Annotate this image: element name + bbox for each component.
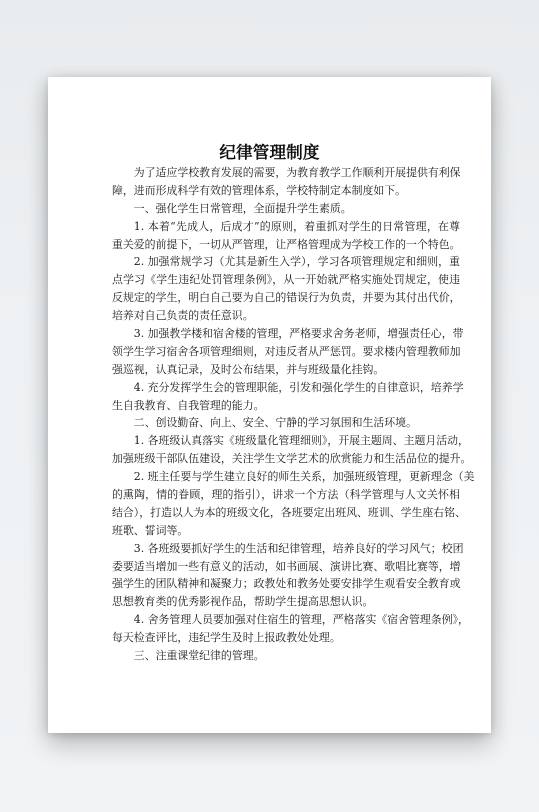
text-line: 重关爱的前提下，一切从严管理，让严格管理成为学校工作的一个特色。 (112, 236, 460, 254)
text-line: 的熏陶，情的眷顾，理的指引），讲求一个方法（科学管理与人文关怀相 (112, 486, 460, 504)
text-line: 加强班级干部队伍建设，关注学生文学艺术的欣赏能力和生活品位的提升。 (112, 450, 460, 468)
text-line: 4. 舍务管理人员要加强对住宿生的管理，严格落实《宿舍管理条例》， (112, 611, 460, 629)
text-line: 3. 加强教学楼和宿舍楼的管理，严格要求舍务老师，增强责任心，带 (112, 325, 460, 343)
text-line: 班歌、誓词等。 (112, 522, 460, 540)
text-line: 领学生学习宿舍各项管理细则，对违反者从严惩罚。要求楼内管理教师加 (112, 343, 460, 361)
text-line: 3. 各班级要抓好学生的生活和纪律管理，培养良好的学习风气；校团 (112, 540, 460, 558)
text-line: 2. 加强常规学习（尤其是新生入学），学习各项管理规定和细则，重 (112, 253, 460, 271)
text-line: 为了适应学校教育发展的需要，为教育教学工作顺利开展提供有利保 (112, 164, 460, 182)
section-heading: 一、强化学生日常管理，全面提升学生素质。 (112, 200, 460, 218)
text-line: 障，进而形成科学有效的管理体系，学校特制定本制度如下。 (112, 182, 460, 200)
text-line: 1. 本着“先成人，后成才”的原则，着重抓对学生的日常管理，在尊 (112, 218, 460, 236)
text-line: 思想教育类的优秀影视作品，帮助学生提高思想认识。 (112, 593, 460, 611)
text-line: 每天检查评比，违纪学生及时上报政教处处理。 (112, 629, 460, 647)
section-heading: 三、注重课堂纪律的管理。 (112, 647, 460, 665)
text-line: 结合），打造以人为本的班级文化，各班要定出班风、班训、学生座右铭、 (112, 504, 460, 522)
text-line: 强巡视，认真记录，及时公布结果，并与班级量化挂钩。 (112, 361, 460, 379)
text-line: 强学生的团队精神和凝聚力；政教处和教务处要安排学生观看安全教育或 (112, 575, 460, 593)
text-line: 生自我教育、自我管理的能力。 (112, 397, 460, 415)
text-line: 培养对自己负责的责任意识。 (112, 307, 460, 325)
document-page: 纪律管理制度 为了适应学校教育发展的需要，为教育教学工作顺利开展提供有利保 障，… (48, 77, 491, 733)
text-line: 点学习《学生违纪处罚管理条例》，从一开始就严格实施处罚规定，使违 (112, 271, 460, 289)
document-title: 纪律管理制度 (48, 143, 491, 163)
text-line: 4. 充分发挥学生会的管理职能，引发和强化学生的自律意识，培养学 (112, 379, 460, 397)
document-body: 为了适应学校教育发展的需要，为教育教学工作顺利开展提供有利保 障，进而形成科学有… (112, 164, 460, 665)
text-line: 委要适当增加一些有意义的活动，如书画展、演讲比赛、歌唱比赛等，增 (112, 558, 460, 576)
text-line: 反规定的学生，明白自己要为自己的错误行为负责，并要为其付出代价， (112, 289, 460, 307)
text-line: 1. 各班级认真落实《班级量化管理细则》，开展主题周、主题月活动， (112, 432, 460, 450)
section-heading: 二、创设勤奋、向上、安全、宁静的学习氛围和生活环境。 (112, 414, 460, 432)
text-line: 2. 班主任要与学生建立良好的师生关系，加强班级管理，更新理念（美 (112, 468, 460, 486)
